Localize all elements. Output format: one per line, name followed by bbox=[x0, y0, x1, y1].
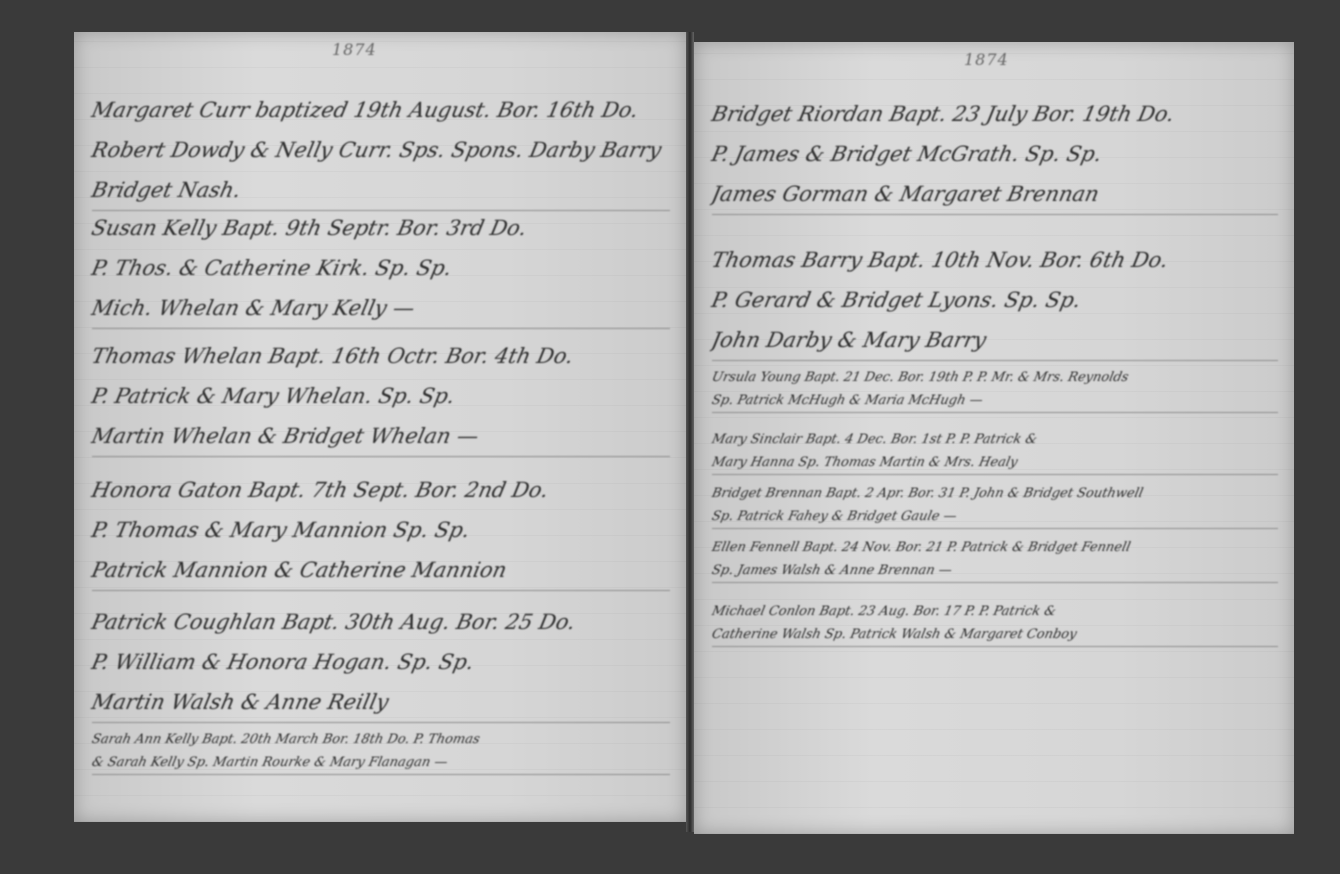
entry-line: P. William & Honora Hogan. Sp. Sp. bbox=[88, 642, 675, 682]
register-entry: Ursula Young Bapt. 21 Dec. Bor. 19th P. … bbox=[712, 366, 1278, 413]
entry-line: Thomas Barry Bapt. 10th Nov. Bor. 6th Do… bbox=[708, 240, 1283, 280]
entry-line: Mary Hanna Sp. Thomas Martin & Mrs. Heal… bbox=[710, 451, 1281, 474]
entry-line: Susan Kelly Bapt. 9th Septr. Bor. 3rd Do… bbox=[88, 208, 675, 248]
entry-line: Sp. Patrick Fahey & Bridget Gaule — bbox=[710, 505, 1281, 528]
entry-line: Catherine Walsh Sp. Patrick Walsh & Marg… bbox=[710, 623, 1281, 646]
register-entry: Thomas Barry Bapt. 10th Nov. Bor. 6th Do… bbox=[712, 240, 1278, 361]
page-number: 1874 bbox=[332, 40, 377, 59]
register-entry: Thomas Whelan Bapt. 16th Octr. Bor. 4th … bbox=[92, 336, 670, 457]
entry-line: Margaret Curr baptized 19th August. Bor.… bbox=[88, 90, 675, 130]
register-entry: Susan Kelly Bapt. 9th Septr. Bor. 3rd Do… bbox=[92, 208, 670, 329]
register-entry: Ellen Fennell Bapt. 24 Nov. Bor. 21 P. P… bbox=[712, 536, 1278, 583]
entry-line: Honora Gaton Bapt. 7th Sept. Bor. 2nd Do… bbox=[88, 470, 675, 510]
register-entry: Honora Gaton Bapt. 7th Sept. Bor. 2nd Do… bbox=[92, 470, 670, 591]
entry-line: Robert Dowdy & Nelly Curr. Sps. Spons. D… bbox=[88, 130, 675, 170]
entry-line: Sp. James Walsh & Anne Brennan — bbox=[710, 559, 1281, 582]
entry-line: Mary Sinclair Bapt. 4 Dec. Bor. 1st P. P… bbox=[710, 428, 1281, 451]
register-entry: Sarah Ann Kelly Bapt. 20th March Bor. 18… bbox=[92, 728, 670, 775]
entry-line: John Darby & Mary Barry bbox=[708, 320, 1283, 360]
register-entry: Bridget Brennan Bapt. 2 Apr. Bor. 31 P. … bbox=[712, 482, 1278, 529]
entry-line: Bridget Nash. bbox=[88, 170, 675, 210]
entry-line: P. Patrick & Mary Whelan. Sp. Sp. bbox=[88, 376, 675, 416]
entry-line: Patrick Coughlan Bapt. 30th Aug. Bor. 25… bbox=[88, 602, 675, 642]
entry-line: Martin Walsh & Anne Reilly bbox=[88, 682, 675, 722]
entry-line: P. Thomas & Mary Mannion Sp. Sp. bbox=[88, 510, 675, 550]
register-entry: Michael Conlon Bapt. 23 Aug. Bor. 17 P. … bbox=[712, 600, 1278, 647]
entry-line: Michael Conlon Bapt. 23 Aug. Bor. 17 P. … bbox=[710, 600, 1281, 623]
entry-line: Thomas Whelan Bapt. 16th Octr. Bor. 4th … bbox=[88, 336, 675, 376]
entry-line: Bridget Brennan Bapt. 2 Apr. Bor. 31 P. … bbox=[710, 482, 1281, 505]
left-page: 1874 Margaret Curr baptized 19th August.… bbox=[74, 32, 686, 822]
register-book: 1874 Margaret Curr baptized 19th August.… bbox=[62, 28, 1302, 828]
entry-line: & Sarah Kelly Sp. Martin Rourke & Mary F… bbox=[90, 751, 673, 774]
register-entry: Bridget Riordan Bapt. 23 July Bor. 19th … bbox=[712, 94, 1278, 215]
register-entry: Margaret Curr baptized 19th August. Bor.… bbox=[92, 90, 670, 211]
entry-line: Mich. Whelan & Mary Kelly — bbox=[88, 288, 675, 328]
right-page: 1874 Bridget Riordan Bapt. 23 July Bor. … bbox=[694, 42, 1294, 834]
entry-line: Bridget Riordan Bapt. 23 July Bor. 19th … bbox=[708, 94, 1283, 134]
book-spine bbox=[686, 32, 694, 832]
entry-line: P. Gerard & Bridget Lyons. Sp. Sp. bbox=[708, 280, 1283, 320]
entry-line: P. James & Bridget McGrath. Sp. Sp. bbox=[708, 134, 1283, 174]
entry-line: Martin Whelan & Bridget Whelan — bbox=[88, 416, 675, 456]
page-number: 1874 bbox=[964, 50, 1009, 69]
register-entry: Mary Sinclair Bapt. 4 Dec. Bor. 1st P. P… bbox=[712, 428, 1278, 475]
entry-line: P. Thos. & Catherine Kirk. Sp. Sp. bbox=[88, 248, 675, 288]
entry-line: Sp. Patrick McHugh & Maria McHugh — bbox=[710, 389, 1281, 412]
entry-line: Patrick Mannion & Catherine Mannion bbox=[88, 550, 675, 590]
entry-line: Ursula Young Bapt. 21 Dec. Bor. 19th P. … bbox=[710, 366, 1281, 389]
entry-line: James Gorman & Margaret Brennan bbox=[708, 174, 1283, 214]
register-entry: Patrick Coughlan Bapt. 30th Aug. Bor. 25… bbox=[92, 602, 670, 723]
entry-line: Ellen Fennell Bapt. 24 Nov. Bor. 21 P. P… bbox=[710, 536, 1281, 559]
entry-line: Sarah Ann Kelly Bapt. 20th March Bor. 18… bbox=[90, 728, 673, 751]
